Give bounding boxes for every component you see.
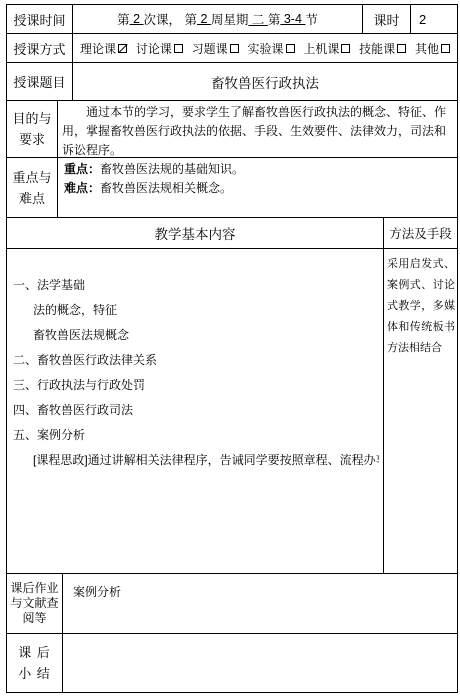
method-option-label: 理论课: [80, 40, 116, 57]
checkbox-icon: [441, 44, 450, 53]
content-line: 一、法学基础: [13, 273, 379, 298]
difficulty-text: 畜牧兽医法规相关概念。: [100, 181, 232, 195]
content-line: 五、案例分析: [13, 423, 379, 448]
session-fill-value: 二: [248, 10, 267, 28]
difficulty-prefix: 难点：: [64, 181, 100, 195]
keypoints-label-line2: 难点: [19, 188, 45, 209]
session-info: 第 2 次课， 第 2 周星期 二 第 3-4 节: [72, 5, 362, 33]
summary-label: 课 后 小 结: [7, 634, 62, 692]
method-option-label: 上机课: [303, 40, 339, 57]
keypoint-line: 重点：畜牧兽医法规的基础知识。: [64, 160, 451, 179]
topic-title: 畜牧兽医行政执法: [72, 63, 457, 100]
teaching-time-row: 授课时间 第 2 次课， 第 2 周星期 二 第 3-4 节 课时 2: [7, 5, 457, 34]
teaching-method-label: 授课方式: [7, 34, 72, 62]
methods-text: 采用启发式、案例式、讨论式教学，多媒体和传统板书方法相结合: [383, 249, 457, 573]
checkbox-icon: [397, 44, 406, 53]
content-header-title: 教学基本内容: [7, 218, 383, 248]
keypoint-text: 畜牧兽医法规的基础知识。: [100, 162, 244, 176]
content-line: 二、畜牧兽医行政法律关系: [13, 348, 379, 373]
purpose-label-line1: 目的与: [12, 108, 51, 129]
session-text: 第: [268, 10, 281, 28]
checkbox-icon: [174, 44, 183, 53]
content-header-row: 教学基本内容 方法及手段: [7, 218, 457, 249]
method-option: 技能课: [359, 40, 406, 57]
difficulty-line: 难点：畜牧兽医法规相关概念。: [64, 179, 451, 198]
method-option: 习题课: [192, 40, 239, 57]
purpose-text: 通过本节的学习，要求学生了解畜牧兽医行政执法的概念、特征、作用，掌握畜牧兽医行政…: [57, 101, 457, 157]
homework-label-line1: 课后作业: [10, 581, 58, 596]
session-fill-value: 2: [197, 12, 211, 26]
method-option-label: 其他: [415, 40, 439, 57]
summary-row: 课 后 小 结: [7, 634, 457, 692]
content-body-row: 一、法学基础法的概念，特征畜牧兽医法规概念二、畜牧兽医行政法律关系三、行政执法与…: [7, 249, 457, 574]
session-fill-value: 2: [130, 12, 144, 26]
purpose-label-line2: 要求: [19, 129, 45, 150]
methods-header-title: 方法及手段: [383, 218, 457, 248]
method-option-label: 技能课: [359, 40, 395, 57]
purpose-label: 目的与 要求: [7, 101, 57, 157]
keypoints-row: 重点与 难点 重点：畜牧兽医法规的基础知识。 难点：畜牧兽医法规相关概念。: [7, 158, 457, 218]
homework-label: 课后作业 与文献查 阅等: [7, 574, 62, 633]
method-option-label: 习题课: [192, 40, 228, 57]
homework-text: 案例分析: [62, 574, 457, 633]
summary-content: [62, 634, 457, 692]
content-line: 畜牧兽医法规概念: [33, 323, 379, 348]
method-option: 实验课: [247, 40, 294, 57]
homework-label-line3: 阅等: [22, 611, 46, 626]
keypoints-label-line1: 重点与: [12, 167, 51, 188]
checkbox-icon: [341, 44, 350, 53]
teaching-method-options: 理论课讨论课习题课实验课上机课技能课其他: [72, 34, 457, 62]
checkbox-icon: [230, 44, 239, 53]
summary-label-line1: 课 后: [18, 642, 51, 663]
topic-label: 授课题目: [7, 63, 72, 100]
teaching-time-label: 授课时间: [7, 5, 72, 33]
content-line: [课程思政]通过讲解相关法律程序，告诫同学要按照章程、流程办事。: [33, 448, 379, 473]
class-hours-label: 课时: [362, 5, 410, 33]
content-line: 三、行政执法与行政处罚: [13, 373, 379, 398]
teaching-method-row: 授课方式 理论课讨论课习题课实验课上机课技能课其他: [7, 34, 457, 63]
content-lines: 一、法学基础法的概念，特征畜牧兽医法规概念二、畜牧兽医行政法律关系三、行政执法与…: [7, 249, 383, 573]
content-line: 法的概念，特征: [33, 298, 379, 323]
method-option: 其他: [415, 40, 450, 57]
method-option: 理论课: [80, 40, 127, 57]
session-text: 节: [305, 10, 318, 28]
keypoints-label: 重点与 难点: [7, 158, 57, 217]
homework-label-line2: 与文献查: [10, 596, 58, 611]
session-text: 第: [117, 10, 130, 28]
keypoint-prefix: 重点：: [64, 162, 100, 176]
summary-label-line2: 小 结: [18, 663, 51, 684]
checkbox-icon: [286, 44, 295, 53]
session-text: 次课， 第: [144, 10, 197, 28]
checkbox-checked-icon: [118, 44, 127, 53]
session-fill-value: 3-4: [280, 12, 305, 26]
homework-row: 课后作业 与文献查 阅等 案例分析: [7, 574, 457, 634]
content-line: 四、畜牧兽医行政司法: [13, 398, 379, 423]
method-option: 上机课: [303, 40, 350, 57]
method-option: 讨论课: [136, 40, 183, 57]
method-option-label: 实验课: [247, 40, 283, 57]
topic-row: 授课题目 畜牧兽医行政执法: [7, 63, 457, 101]
lesson-plan-table: 授课时间 第 2 次课， 第 2 周星期 二 第 3-4 节 课时 2 授课方式…: [6, 4, 458, 693]
purpose-row: 目的与 要求 通过本节的学习，要求学生了解畜牧兽医行政执法的概念、特征、作用，掌…: [7, 101, 457, 158]
class-hours-value: 2: [410, 5, 457, 33]
keypoints-content: 重点：畜牧兽医法规的基础知识。 难点：畜牧兽医法规相关概念。: [57, 158, 457, 217]
method-option-label: 讨论课: [136, 40, 172, 57]
session-text: 周星期: [211, 10, 249, 28]
